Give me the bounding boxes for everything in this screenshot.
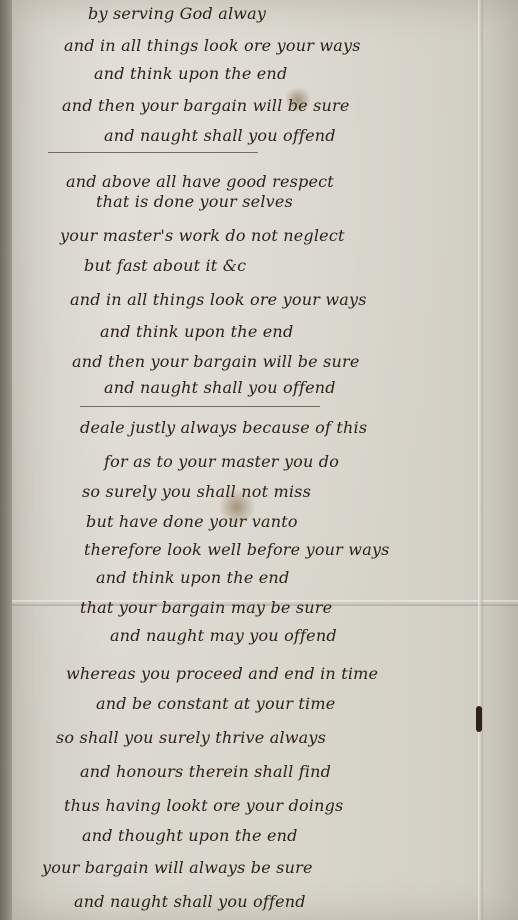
manuscript-line: but have done your vanto — [86, 512, 298, 531]
manuscript-line: thus having lookt ore your doings — [64, 796, 343, 815]
manuscript-line: and in all things look ore your ways — [64, 36, 361, 55]
manuscript-line: and be constant at your time — [96, 694, 335, 713]
margin-mark — [476, 706, 482, 732]
manuscript-line: and honours therein shall find — [80, 762, 331, 781]
manuscript-line: your bargain will always be sure — [42, 858, 313, 877]
manuscript-line: that is done your selves — [96, 192, 293, 211]
manuscript-line: and in all things look ore your ways — [70, 290, 367, 309]
manuscript-line: therefore look well before your ways — [84, 540, 390, 559]
vertical-fold — [478, 0, 483, 920]
divider-rule — [80, 406, 320, 407]
manuscript-line: that your bargain may be sure — [80, 598, 332, 617]
manuscript-line: and naught shall you offend — [74, 892, 306, 911]
manuscript-line: whereas you proceed and end in time — [66, 664, 378, 683]
manuscript-line: deale justly always because of this — [80, 418, 367, 437]
manuscript-line: and naught shall you offend — [104, 378, 336, 397]
manuscript-line: and then your bargain will be sure — [72, 352, 360, 371]
divider-rule — [48, 152, 258, 153]
manuscript-line: and then your bargain will be sure — [62, 96, 350, 115]
manuscript-line: for as to your master you do — [104, 452, 339, 471]
manuscript-line: your master's work do not neglect — [60, 226, 345, 245]
manuscript-line: so surely you shall not miss — [82, 482, 311, 501]
manuscript-line: but fast about it &c — [84, 256, 246, 275]
manuscript-line: and think upon the end — [96, 568, 289, 587]
manuscript-line: and thought upon the end — [82, 826, 298, 845]
manuscript-line: and naught may you offend — [110, 626, 337, 645]
manuscript-line: by serving God alway — [88, 4, 266, 23]
manuscript-line: and think upon the end — [94, 64, 287, 83]
manuscript-line: and above all have good respect — [66, 172, 334, 191]
manuscript-line: and think upon the end — [100, 322, 293, 341]
manuscript-line: and naught shall you offend — [104, 126, 336, 145]
manuscript-line: so shall you surely thrive always — [56, 728, 326, 747]
